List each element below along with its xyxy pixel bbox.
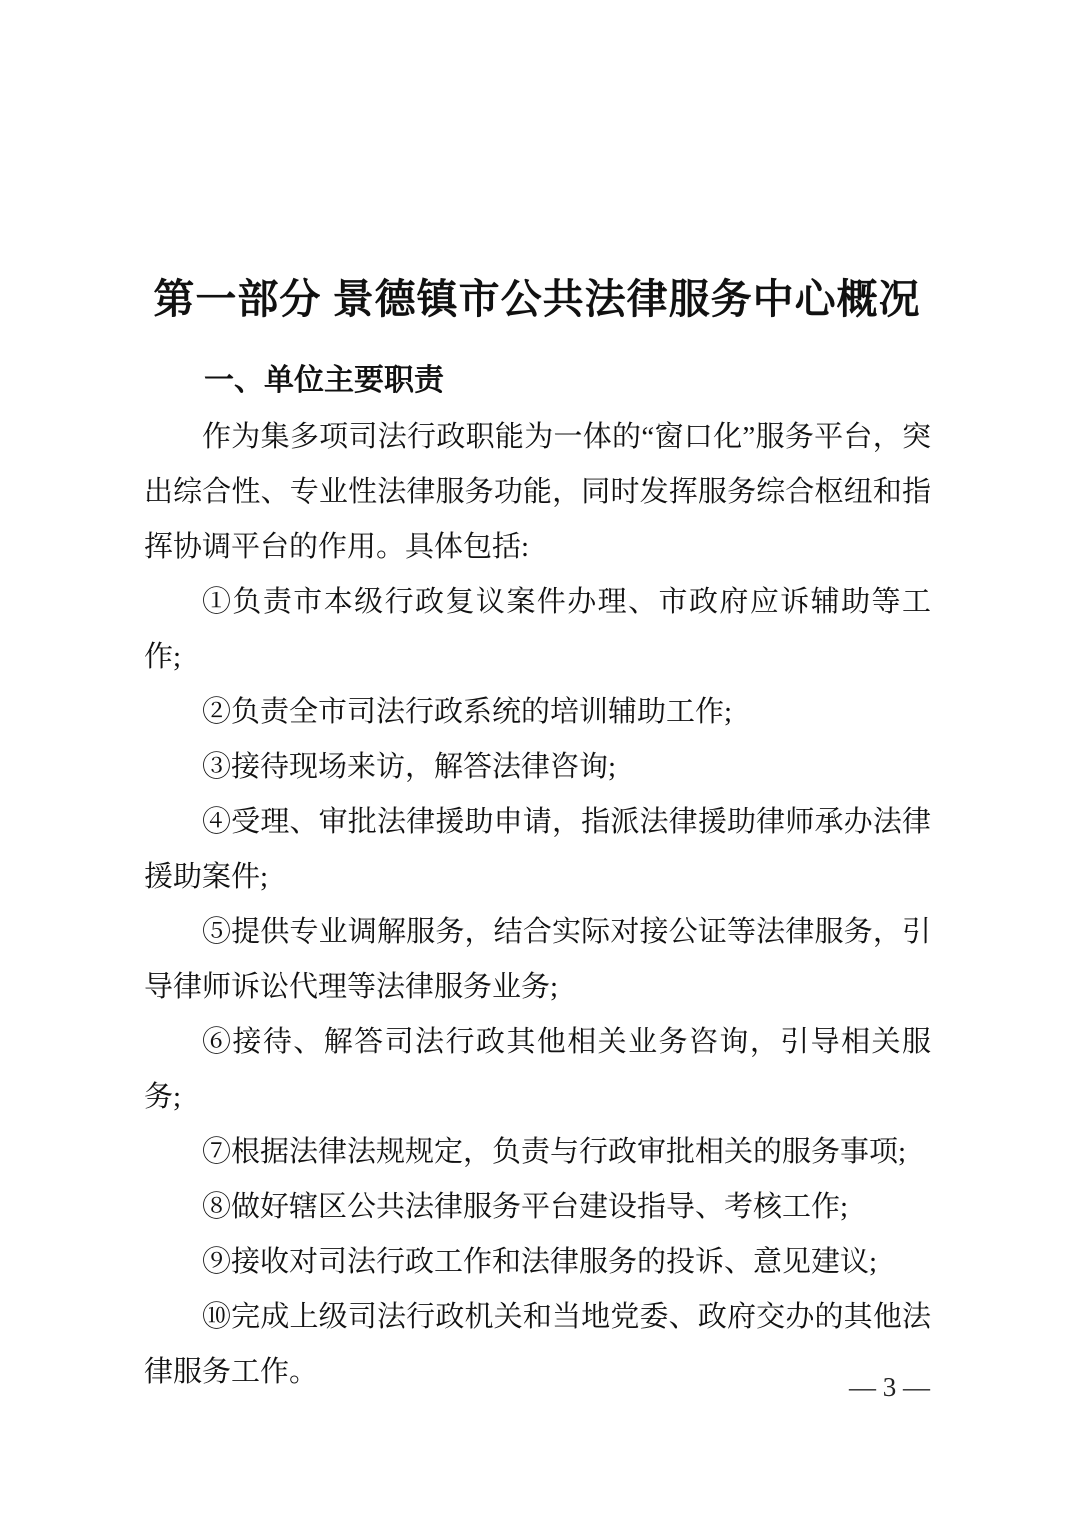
intro-paragraph: 作为集多项司法行政职能为一体的“窗口化”服务平台，突出综合性、专业性法律服务功能…	[144, 410, 931, 575]
duty-item-9: ⑨接收对司法行政工作和法律服务的投诉、意见建议;	[144, 1235, 931, 1290]
duty-item-2: ②负责全市司法行政系统的培训辅助工作;	[144, 685, 931, 740]
duty-item-6: ⑥接待、解答司法行政其他相关业务咨询，引导相关服务;	[144, 1015, 931, 1125]
duty-item-7: ⑦根据法律法规规定，负责与行政审批相关的服务事项;	[144, 1125, 931, 1180]
duty-item-8: ⑧做好辖区公共法律服务平台建设指导、考核工作;	[144, 1180, 931, 1235]
document-body: 一、单位主要职责 作为集多项司法行政职能为一体的“窗口化”服务平台，突出综合性、…	[144, 352, 931, 1400]
document-page: 第一部分 景德镇市公共法律服务中心概况 一、单位主要职责 作为集多项司法行政职能…	[0, 0, 1074, 1520]
section-heading: 一、单位主要职责	[144, 352, 931, 410]
duty-item-10: ⑩完成上级司法行政机关和当地党委、政府交办的其他法律服务工作。	[144, 1290, 931, 1400]
page-number: — 3 —	[849, 1370, 930, 1404]
duty-item-3: ③接待现场来访，解答法律咨询;	[144, 740, 931, 795]
document-title: 第一部分 景德镇市公共法律服务中心概况	[0, 273, 1074, 325]
duty-item-1: ①负责市本级行政复议案件办理、市政府应诉辅助等工作;	[144, 575, 931, 685]
duty-item-5: ⑤提供专业调解服务，结合实际对接公证等法律服务，引导律师诉讼代理等法律服务业务;	[144, 905, 931, 1015]
duty-item-4: ④受理、审批法律援助申请，指派法律援助律师承办法律援助案件;	[144, 795, 931, 905]
